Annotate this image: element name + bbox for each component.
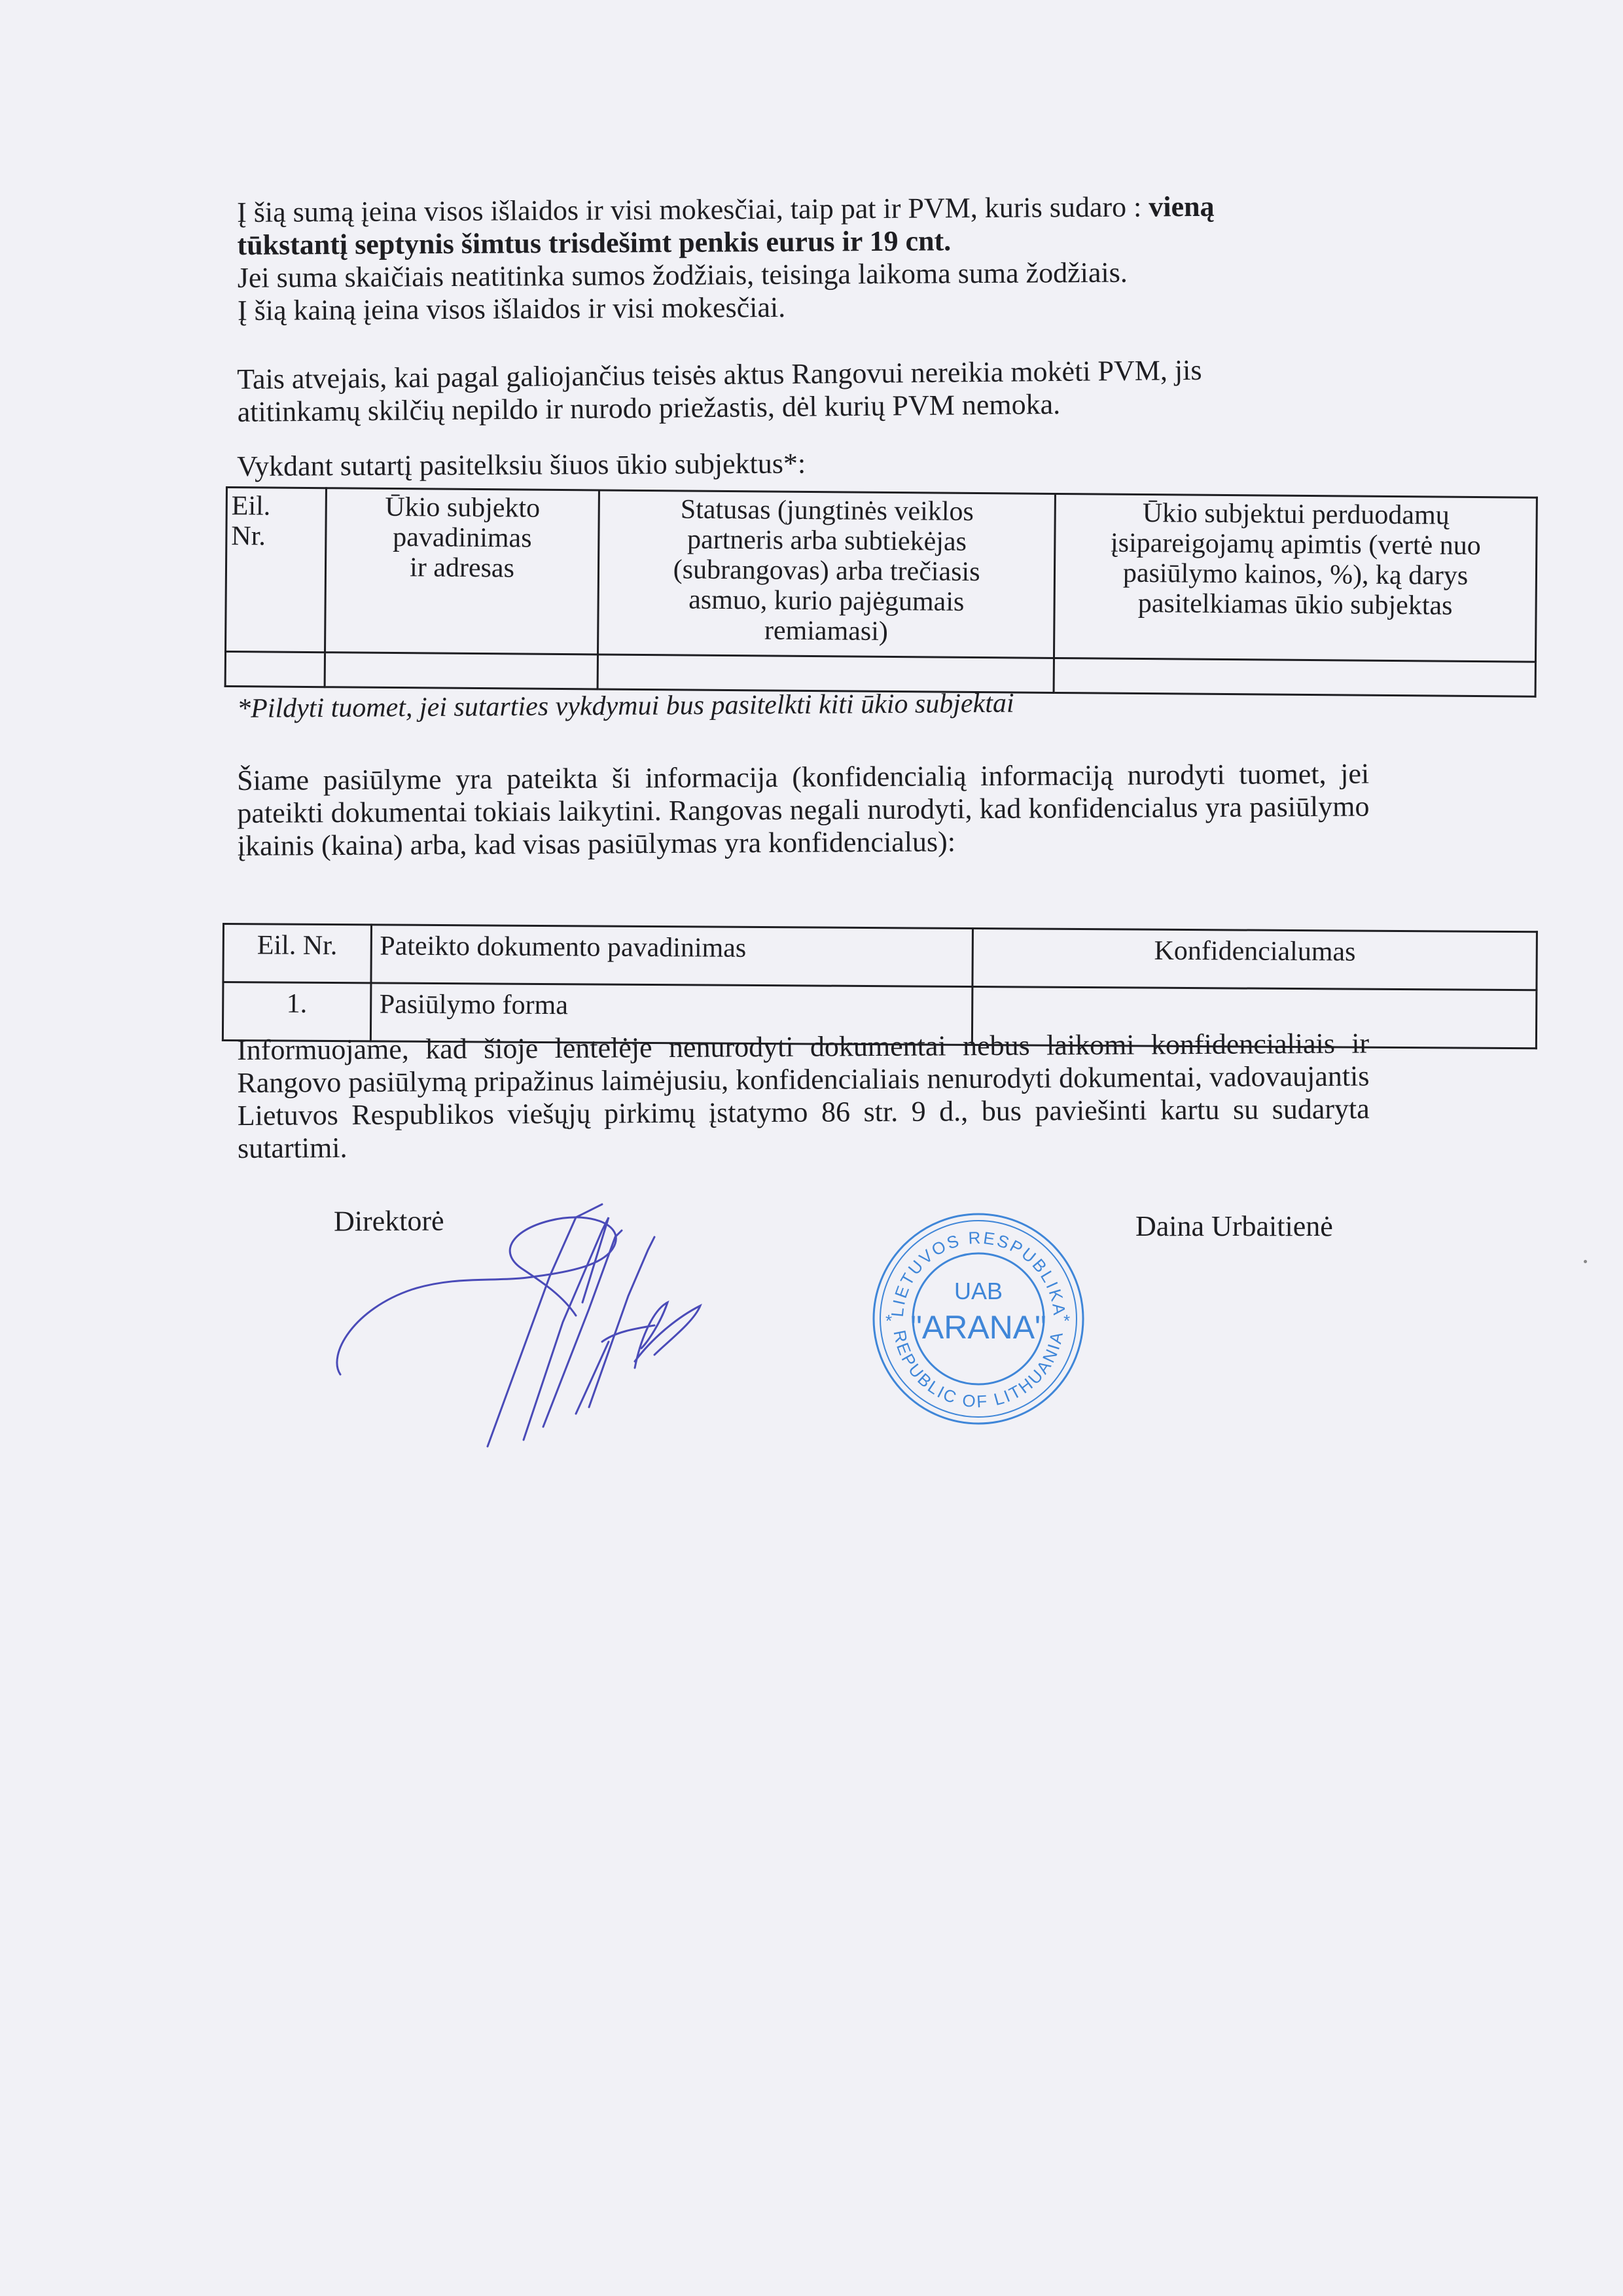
signer-name: Daina Urbaitienė [1135,1210,1333,1243]
header-text: Eil. Nr. [231,491,321,552]
header-text: Ūkio subjektui perduodamų įsipareigojamų… [1060,497,1532,622]
subcontractors-table: Eil. Nr. Ūkio subjekto pavadinimas ir ad… [224,486,1538,698]
header-cell-scope: Ūkio subjektui perduodamų įsipareigojamų… [1054,493,1537,662]
header-cell-document-name: Pateikto dokumento pavadinimas [370,925,972,987]
vat-line-1: Į šią sumą įeina visos išlaidos ir visi … [237,189,1376,229]
stamp-star-right: * [1063,1311,1070,1331]
company-stamp-icon: LIETUVOS RESPUBLIKA REPUBLIC OF LITHUANI… [867,1208,1090,1430]
header-text: Ūkio subjekto pavadinimas ir adresas [330,492,594,584]
header-cell-status: Statusas (jungtinės veiklos partneris ar… [598,490,1056,658]
vat-amount-words-start: vieną [1149,190,1215,223]
stamp-company-name: "ARANA" [910,1309,1046,1346]
header-cell-entity-name: Ūkio subjekto pavadinimas ir adresas [325,488,599,655]
scan-dust-mark [1584,1260,1587,1263]
confidential-info-paragraph: Šiame pasiūlyme yra pateikta ši informac… [237,757,1370,863]
header-cell-confidentiality: Konfidencialumas [972,929,1537,990]
header-cell-number: Eil. Nr. [223,924,371,983]
table-header-row: Eil. Nr. Pateikto dokumento pavadinimas … [223,924,1537,990]
table-cell [225,652,325,687]
vat-text: Į šią sumą įeina visos išlaidos ir visi … [237,190,1149,228]
subcontractors-intro: Vykdant sutartį pasitelksiu šiuos ūkio s… [237,444,1376,483]
price-includes-note: Į šią kainą įeina visos išlaidos ir visi… [238,287,1376,327]
table-cell [325,653,598,689]
vat-amount-paragraph: Į šią sumą įeina visos išlaidos ir visi … [237,189,1376,327]
scanned-document-page: Į šią sumą įeina visos išlaidos ir visi … [0,0,1623,2296]
header-cell-number: Eil. Nr. [226,488,327,653]
handwritten-signature-icon [327,1191,864,1453]
table-cell-number: 1. [223,982,370,1041]
subcontractors-footnote: *Pildyti tuomet, jei sutarties vykdymui … [237,685,1376,725]
stamp-uab-text: UAB [954,1278,1003,1304]
table-header-row: Eil. Nr. Ūkio subjekto pavadinimas ir ad… [226,488,1537,662]
stamp-star-left: * [885,1311,892,1331]
publication-notice: Informuojame, kad šioje lentelėje nenuro… [237,1027,1370,1165]
vat-exemption-paragraph: Tais atvejais, kai pagal galiojančius te… [237,352,1376,429]
header-text: Statusas (jungtinės veiklos partneris ar… [603,494,1050,648]
